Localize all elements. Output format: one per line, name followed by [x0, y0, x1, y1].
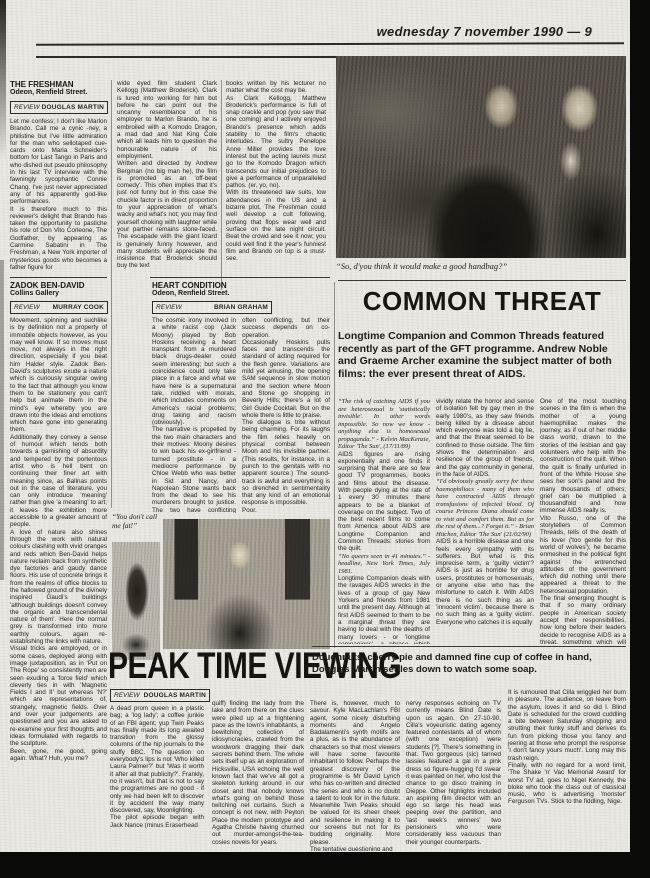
freshman-film-still-photo — [336, 56, 626, 258]
pull-quote: “The risk of catching AIDS if you are he… — [338, 398, 430, 451]
common-threat-headline: COMMON THREAT — [338, 288, 626, 314]
scan-edge-right — [630, 0, 650, 878]
article-column: vividly relate the horror and sense of i… — [436, 398, 534, 644]
reviewer-name: DOUGLAS MARTIN — [144, 692, 206, 699]
review-byline-box: REVIEW MURRAY COOK — [10, 301, 108, 314]
article-column: One of the most touching scenes in the f… — [540, 398, 626, 644]
standfirst-rule — [312, 646, 626, 647]
article-column: nervy responses echoing on TV currently … — [406, 700, 501, 851]
page-date: wednesday 7 november 1990 — 9 — [377, 24, 592, 39]
peak-standfirst: Doughnuts, cherry pie and damned fine cu… — [312, 652, 628, 676]
article-column: The cosmic irony involved in a white rac… — [152, 317, 236, 513]
article-column: books written by his lecturer no matter … — [226, 80, 326, 289]
article-zadok-header: ZADOK BEN-DAVID Collins Gallery — [10, 281, 107, 298]
column-paragraph: vividly relate the horror and sense of i… — [436, 398, 534, 478]
column-divider — [334, 282, 335, 648]
section-rule — [338, 280, 626, 281]
column-paragraph: Longtime Companion deals with the ravage… — [338, 575, 430, 644]
article-column: often conflicting, but their success dep… — [242, 317, 330, 515]
review-byline-box: REVIEW DOUGLAS MARTIN — [110, 689, 210, 702]
brando-photo — [163, 519, 330, 649]
pull-quote: “I'd obviously greatly sorry for these h… — [436, 478, 534, 538]
scan-smudge — [0, 260, 4, 580]
review-byline-box: REVIEW DOUGLAS MARTIN — [10, 101, 108, 114]
article-column: “The risk of catching AIDS if you are he… — [338, 398, 430, 644]
scan-smudge — [0, 0, 6, 160]
scan-edge-bottom — [0, 852, 650, 878]
article-freshman-header: THE FRESHMAN Odeon, Renfield Street. — [10, 80, 107, 97]
column-paragraph: AIDS figures are rising exponentially an… — [338, 451, 430, 553]
article-venue: Odeon, Renfield Street. — [10, 89, 107, 97]
article-title: THE FRESHMAN — [10, 80, 107, 89]
column-paragraph: AIDS is a horrible disease and one feels… — [436, 538, 534, 626]
header-rule-top — [36, 42, 624, 46]
article-venue: Collins Gallery — [10, 290, 107, 298]
photo-caption: “So, d'you think it would make a good ha… — [336, 261, 626, 271]
column-divider — [221, 80, 222, 290]
article-heart-header: HEART CONDITION Odeon, Renfield Street. — [152, 281, 330, 298]
reviewer-name: DOUGLAS MARTIN — [42, 104, 104, 111]
reviewer-name: BRIAN GRAHAM — [214, 304, 268, 311]
section-rule — [150, 277, 330, 278]
review-label: REVIEW — [156, 304, 182, 311]
section-rule — [10, 277, 107, 278]
sculpture-caption: “You don't call me fat!” — [112, 512, 158, 530]
article-column: Movement, spinning and suchlike is by de… — [10, 317, 107, 836]
scanned-paper: wednesday 7 november 1990 — 9 film THE F… — [0, 0, 632, 855]
article-column: wide eyed film student Clark Kellogg (Ma… — [117, 80, 217, 289]
article-venue: Odeon, Renfield Street. — [152, 290, 330, 298]
article-title: HEART CONDITION — [152, 281, 330, 290]
article-title: ZADOK BEN-DAVID — [10, 281, 107, 290]
article-column: It is rumoured that Cilla wriggled her b… — [508, 689, 626, 851]
review-label: REVIEW — [14, 104, 40, 111]
review-label: REVIEW — [114, 692, 140, 699]
article-column: Let me confess; I don't like Marlon Bran… — [10, 118, 107, 273]
sculpture-photo — [112, 542, 160, 660]
reviewer-name: MURRAY COOK — [53, 304, 104, 311]
column-divider — [111, 80, 112, 508]
article-column: There is, however, much to savour. Kyle … — [310, 700, 400, 851]
pull-quote: “No queers seen in 41 minutes.” - headli… — [338, 553, 430, 576]
review-byline-box: REVIEW BRIAN GRAHAM — [152, 301, 272, 314]
article-column: quiff) finding the lady from the lake an… — [212, 700, 304, 851]
article-column: A dead prom queen in a plastic bag; a 'l… — [110, 705, 204, 851]
newspaper-page: wednesday 7 november 1990 — 9 film THE F… — [0, 0, 650, 878]
review-label: REVIEW — [14, 304, 40, 311]
common-threat-standfirst: Longtime Companion and Common Threads fe… — [338, 330, 628, 380]
